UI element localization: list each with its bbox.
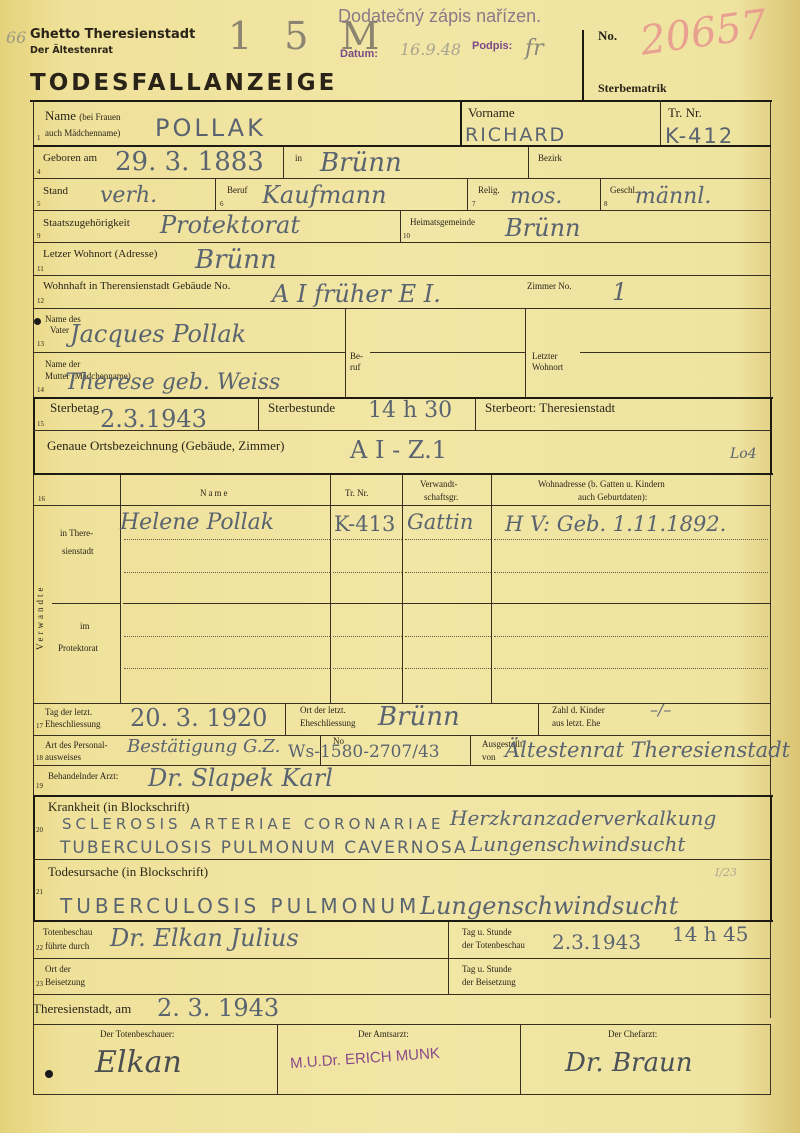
divider	[283, 147, 284, 178]
divider	[528, 147, 529, 178]
totenbeschau-label: Totenbeschau	[43, 926, 92, 938]
rule	[33, 1094, 771, 1095]
ausgestellt-value: Ältestenrat Theresienstadt	[505, 738, 790, 762]
document-title: TODESFALLANZEIGE	[30, 70, 337, 96]
divider	[660, 100, 661, 146]
relative-trnr: K-413	[334, 512, 395, 536]
divider	[33, 397, 35, 474]
arzt-label: Behandelnder Arzt:	[48, 770, 118, 782]
divider	[770, 1024, 771, 1094]
rule	[33, 958, 771, 959]
krankheit-line2-german: Lungenschwindsucht	[470, 832, 685, 856]
beisetzung-date-label-b: der Beisetzung	[462, 976, 516, 988]
org-subtitle: Der Ältestenrat	[30, 45, 113, 56]
group-theresienstadt-b: sienstadt	[62, 545, 94, 557]
divider	[520, 1024, 521, 1094]
divider	[345, 308, 346, 398]
vorname-value: RICHARD	[465, 124, 566, 146]
divider	[770, 397, 772, 474]
divider	[277, 1024, 278, 1094]
geschl-label: Geschl.	[610, 184, 637, 196]
ausweis-label-b: ausweises	[45, 751, 81, 763]
in-label: in	[295, 152, 302, 164]
org-name: Ghetto Theresienstadt	[30, 27, 195, 42]
ortsbezeichnung-note: Lo4	[730, 446, 757, 462]
sig-totenbeschauer: Elkan	[95, 1045, 182, 1080]
heimat-value: Brünn	[505, 214, 580, 242]
totenbeschau-date-value: 2.3.1943	[552, 930, 641, 954]
in-value: Brünn	[320, 148, 402, 178]
bezirk-label: Bezirk	[538, 152, 562, 164]
divider	[400, 210, 401, 242]
group-theresienstadt: in There-	[60, 527, 93, 539]
arzt-value: Dr. Slapek Karl	[148, 764, 333, 792]
todesursache-block: TUBERCULOSIS PULMONUM	[60, 894, 420, 918]
divider	[491, 475, 492, 703]
geboren-label: Geboren am	[43, 152, 97, 164]
beruf-parents-label-b: ruf	[350, 361, 361, 373]
stand-label: Stand	[43, 185, 68, 197]
rule	[33, 210, 771, 211]
divider	[258, 398, 259, 430]
group-protektorat-b: Protektorat	[58, 642, 98, 654]
row-16-num: 16	[38, 495, 45, 503]
zimmer-value: 1	[612, 278, 627, 306]
relative-verw: Gattin	[407, 510, 473, 534]
ortsbezeichnung-value: A I - Z.1	[350, 436, 447, 464]
punch-hole	[45, 1070, 53, 1078]
col-wohn-header: Wohnadresse (b. Gatten u. Kindern	[538, 478, 665, 490]
divider	[33, 1024, 34, 1094]
ausweis-value: Bestätigung G.Z.	[127, 736, 280, 757]
relative-name: Helene Pollak	[120, 510, 274, 535]
divider	[330, 475, 331, 703]
place-date-label: Theresienstadt, am	[33, 1003, 131, 1015]
beisetzung-place-label-b: Beisetzung	[45, 976, 85, 988]
rule	[33, 765, 771, 766]
beruf-value: Kaufmann	[262, 181, 387, 209]
ausgestellt-label-b: von	[482, 751, 496, 763]
rule	[52, 603, 120, 604]
trnr-label: Tr. Nr.	[668, 107, 702, 119]
rule	[33, 352, 345, 353]
name-value: POLLAK	[155, 114, 266, 142]
krankheit-line1-block: SCLEROSIS ARTERIAE CORONARIAE	[62, 815, 444, 833]
letzter-wohnort-label-b: Wohnort	[532, 361, 563, 373]
divider	[470, 735, 471, 765]
children-label-b: aus letzt. Ehe	[552, 717, 600, 729]
marriage-date-label-b: Eheschliessung	[45, 718, 101, 730]
totenbeschau-label-b: führte durch	[45, 940, 89, 952]
totenbeschau-date-label: Tag u. Stunde	[462, 926, 512, 938]
col-verw-header: Verwandt-	[420, 478, 458, 490]
sig-totenbeschauer-label: Der Totenbeschauer:	[100, 1028, 174, 1040]
divider	[402, 475, 403, 703]
beisetzung-place-label: Ort der	[45, 963, 71, 975]
vater-value: Jacques Pollak	[70, 320, 246, 348]
marriage-place-label: Ort der letzt.	[300, 704, 346, 716]
col-wohn-header-b: auch Geburtdaten):	[578, 491, 647, 503]
todesursache-label: Todesursache (in Blockschrift)	[48, 866, 208, 878]
stamp-podpis-label: Podpis:	[472, 40, 512, 52]
rule	[33, 242, 771, 243]
krankheit-line2-block: TUBERCULOSIS PULMONUM CAVERNOSA	[60, 838, 468, 858]
sig-chefarzt: Dr. Braun	[565, 1048, 692, 1078]
rule	[33, 1024, 771, 1025]
heimat-label: Heimatsgemeinde	[410, 216, 475, 228]
col-verw-header-b: schaftsgr.	[424, 491, 458, 503]
divider	[460, 100, 462, 146]
vater-label-b: Vater	[50, 324, 69, 336]
wohnhaft-label: Wohnhaft in Therensienstadt Gebäude No.	[43, 280, 230, 292]
rule	[33, 178, 771, 179]
verwandte-label: Verwandte	[34, 585, 46, 650]
divider	[538, 703, 539, 735]
rule	[580, 352, 770, 353]
rule	[33, 859, 771, 860]
ortsbezeichnung-label: Genaue Ortsbezeichnung (Gebäude, Zimmer)	[47, 440, 285, 452]
beruf-label: Beruf	[227, 184, 248, 196]
punch-hole	[34, 318, 41, 325]
sig-chefarzt-label: Der Chefarzt:	[608, 1028, 657, 1040]
rule	[33, 505, 771, 506]
col-name-header: Name	[200, 487, 230, 499]
mutter-label: Name der	[45, 358, 80, 370]
place-date-value: 2. 3. 1943	[157, 994, 279, 1022]
totenbeschau-time-value: 14 h 45	[672, 922, 749, 946]
beisetzung-date-label: Tag u. Stunde	[462, 963, 512, 975]
children-value: –/–	[650, 700, 671, 719]
divider	[215, 178, 216, 210]
totenbeschau-date-label-b: der Totenbeschau	[462, 939, 525, 951]
relig-value: mos.	[510, 184, 562, 209]
marriage-date-value: 20. 3. 1920	[130, 704, 267, 732]
mutter-value: Therese geb. Weiss	[65, 370, 280, 395]
rule	[33, 920, 773, 922]
stamp-line: Dodatečný zápis nařízen.	[338, 6, 541, 27]
staat-value: Protektorat	[160, 211, 300, 239]
todesursache-german: Lungenschwindsucht	[420, 892, 678, 920]
rule	[33, 275, 771, 276]
geschl-value: männl.	[635, 184, 711, 209]
sterbestunde-value: 14 h 30	[368, 398, 452, 423]
children-label: Zahl d. Kinder	[552, 704, 605, 716]
sterbeort-label: Sterbeort: Theresienstadt	[485, 402, 615, 414]
rule	[33, 473, 773, 475]
ausweis-no-value: Ws-1580-2707/43	[288, 742, 440, 762]
totenbeschau-value: Dr. Elkan Julius	[110, 924, 299, 952]
no-label: No.	[598, 30, 617, 42]
rule	[33, 994, 771, 995]
divider	[475, 398, 476, 430]
ausweis-label: Art des Personal-	[45, 739, 108, 751]
name-label: Name (bei Frauen	[45, 110, 121, 123]
marriage-date-label: Tag der letzt.	[45, 706, 92, 718]
wohnort-value: Brünn	[195, 245, 277, 275]
wohnhaft-value: A I früher E I.	[272, 280, 441, 308]
marriage-place-label-b: Eheschliessung	[300, 717, 356, 729]
divider	[285, 703, 286, 735]
col-trnr-header: Tr. Nr.	[345, 487, 368, 499]
wohnort-label: Letzer Wohnort (Adresse)	[43, 248, 157, 260]
divider	[600, 178, 601, 210]
relig-label: Relig.	[478, 184, 500, 196]
krankheit-label: Krankheit (in Blockschrift)	[48, 801, 190, 813]
pencil-note: I/23	[715, 866, 737, 879]
divider	[525, 308, 526, 398]
staat-label: Staatszugehörigkeit	[43, 217, 130, 229]
margin-note: 66	[6, 28, 26, 47]
zimmer-label: Zimmer No.	[527, 280, 572, 292]
trnr-value: K-412	[665, 124, 734, 148]
rule	[33, 308, 771, 309]
stand-value: verh.	[100, 183, 157, 208]
rule	[33, 795, 773, 797]
sterbetag-value: 2.3.1943	[100, 405, 207, 433]
sig-amtsarzt-label: Der Amtsarzt:	[358, 1028, 409, 1040]
divider	[582, 30, 584, 100]
geboren-value: 29. 3. 1883	[115, 147, 264, 177]
stamp-datum-value: 16.9.48	[400, 40, 461, 59]
stamp-podpis-value: fr	[525, 36, 544, 61]
sterbematrik-label: Sterbematrik	[598, 82, 667, 94]
relative-wohn: H V: Geb. 1.11.1892.	[505, 512, 726, 536]
krankheit-line1-german: Herzkranzaderverkalkung	[450, 806, 716, 830]
name-label-sub: auch Mädchenname)	[45, 127, 120, 139]
sterbestunde-label: Sterbestunde	[268, 402, 335, 414]
vorname-label: Vorname	[468, 107, 515, 119]
rule	[370, 352, 525, 353]
group-protektorat: im	[80, 620, 90, 632]
rule	[123, 603, 771, 604]
marriage-place-value: Brünn	[378, 702, 460, 732]
divider	[467, 178, 468, 210]
stamp-datum-label: Datum:	[340, 48, 378, 60]
sterbetag-label: Sterbetag	[50, 402, 99, 414]
